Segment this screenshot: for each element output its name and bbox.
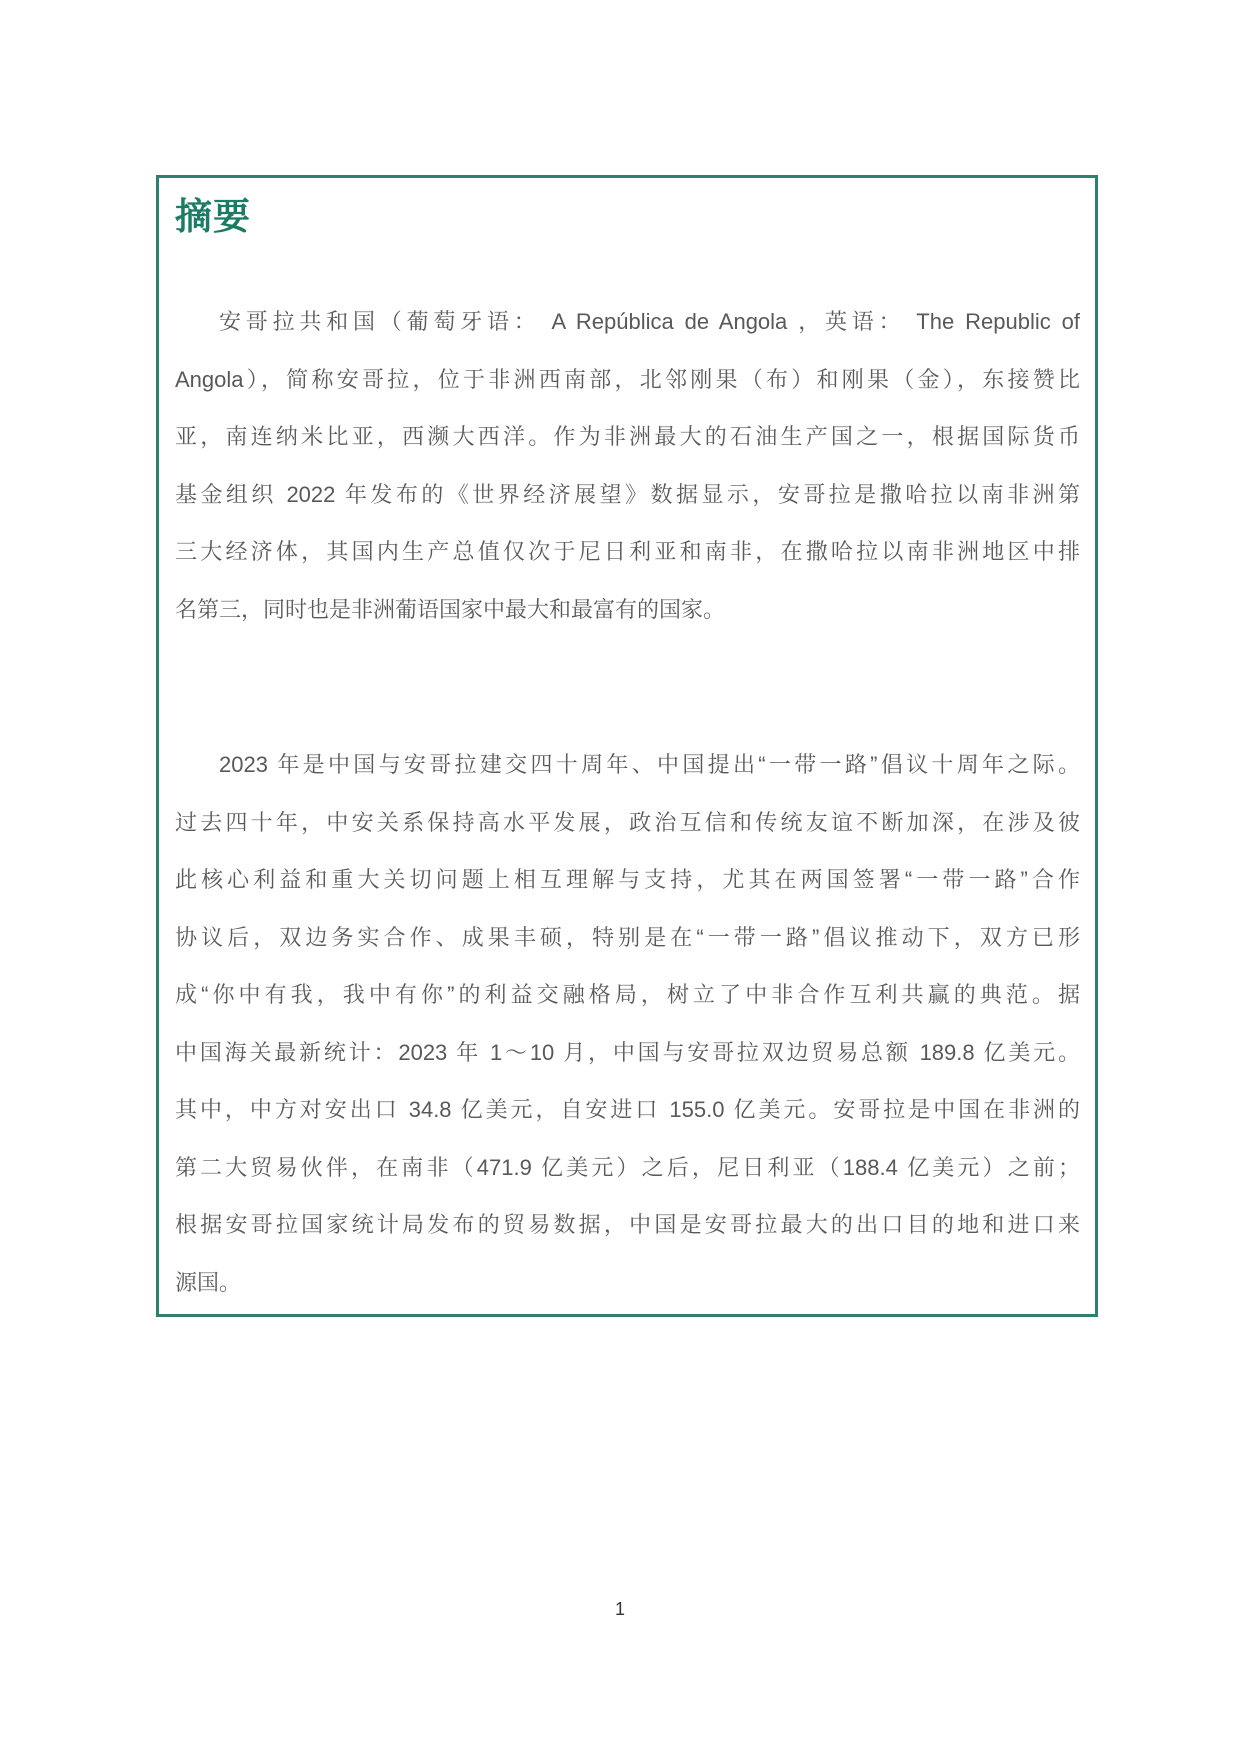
text-line: 其中，中方对安出口 34.8 亿美元，自安进口 155.0 亿美元。安哥拉是中国… <box>175 1081 1080 1139</box>
text-line: 基金组织 2022 年发布的《世界经济展望》数据显示，安哥拉是撒哈拉以南非洲第 <box>175 466 1080 524</box>
abstract-section: 摘要 安哥拉共和国（葡萄牙语： A República de Angola ，英… <box>156 175 1098 1317</box>
text-line: 此核心利益和重大关切问题上相互理解与支持，尤其在两国签署“一带一路”合作 <box>175 851 1080 909</box>
abstract-heading: 摘要 <box>175 196 1080 238</box>
text-line: 源国。 <box>175 1254 1080 1312</box>
text-line: 协议后，双边务实合作、成果丰硕，特别是在“一带一路”倡议推动下，双方已形 <box>175 909 1080 967</box>
page-number: 1 <box>0 1597 1240 1621</box>
document-page: 摘要 安哥拉共和国（葡萄牙语： A República de Angola ，英… <box>0 0 1240 1754</box>
text-line: 第二大贸易伙伴，在南非（471.9 亿美元）之后，尼日利亚（188.4 亿美元）… <box>175 1139 1080 1197</box>
text-line: 安哥拉共和国（葡萄牙语： A República de Angola ，英语： … <box>175 293 1080 351</box>
text-line: 2023 年是中国与安哥拉建交四十周年、中国提出“一带一路”倡议十周年之际。 <box>175 736 1080 794</box>
abstract-paragraphs: 安哥拉共和国（葡萄牙语： A República de Angola ，英语： … <box>175 293 1080 1311</box>
paragraph: 2023 年是中国与安哥拉建交四十周年、中国提出“一带一路”倡议十周年之际。过去… <box>175 736 1080 1311</box>
text-line: 过去四十年，中安关系保持高水平发展，政治互信和传统友谊不断加深，在涉及彼 <box>175 794 1080 852</box>
text-line: 根据安哥拉国家统计局发布的贸易数据，中国是安哥拉最大的出口目的地和进口来 <box>175 1196 1080 1254</box>
text-line: 中国海关最新统计：2023 年 1～10 月，中国与安哥拉双边贸易总额 189.… <box>175 1024 1080 1082</box>
text-line: 名第三，同时也是非洲葡语国家中最大和最富有的国家。 <box>175 581 1080 639</box>
text-line: Angola），简称安哥拉，位于非洲西南部，北邻刚果（布）和刚果（金），东接赞比 <box>175 351 1080 409</box>
text-line: 亚，南连纳米比亚，西濒大西洋。作为非洲最大的石油生产国之一，根据国际货币 <box>175 408 1080 466</box>
text-line: 三大经济体，其国内生产总值仅次于尼日利亚和南非，在撒哈拉以南非洲地区中排 <box>175 523 1080 581</box>
text-line: 成“你中有我，我中有你”的利益交融格局，树立了中非合作互利共赢的典范。据 <box>175 966 1080 1024</box>
paragraph: 安哥拉共和国（葡萄牙语： A República de Angola ，英语： … <box>175 293 1080 638</box>
